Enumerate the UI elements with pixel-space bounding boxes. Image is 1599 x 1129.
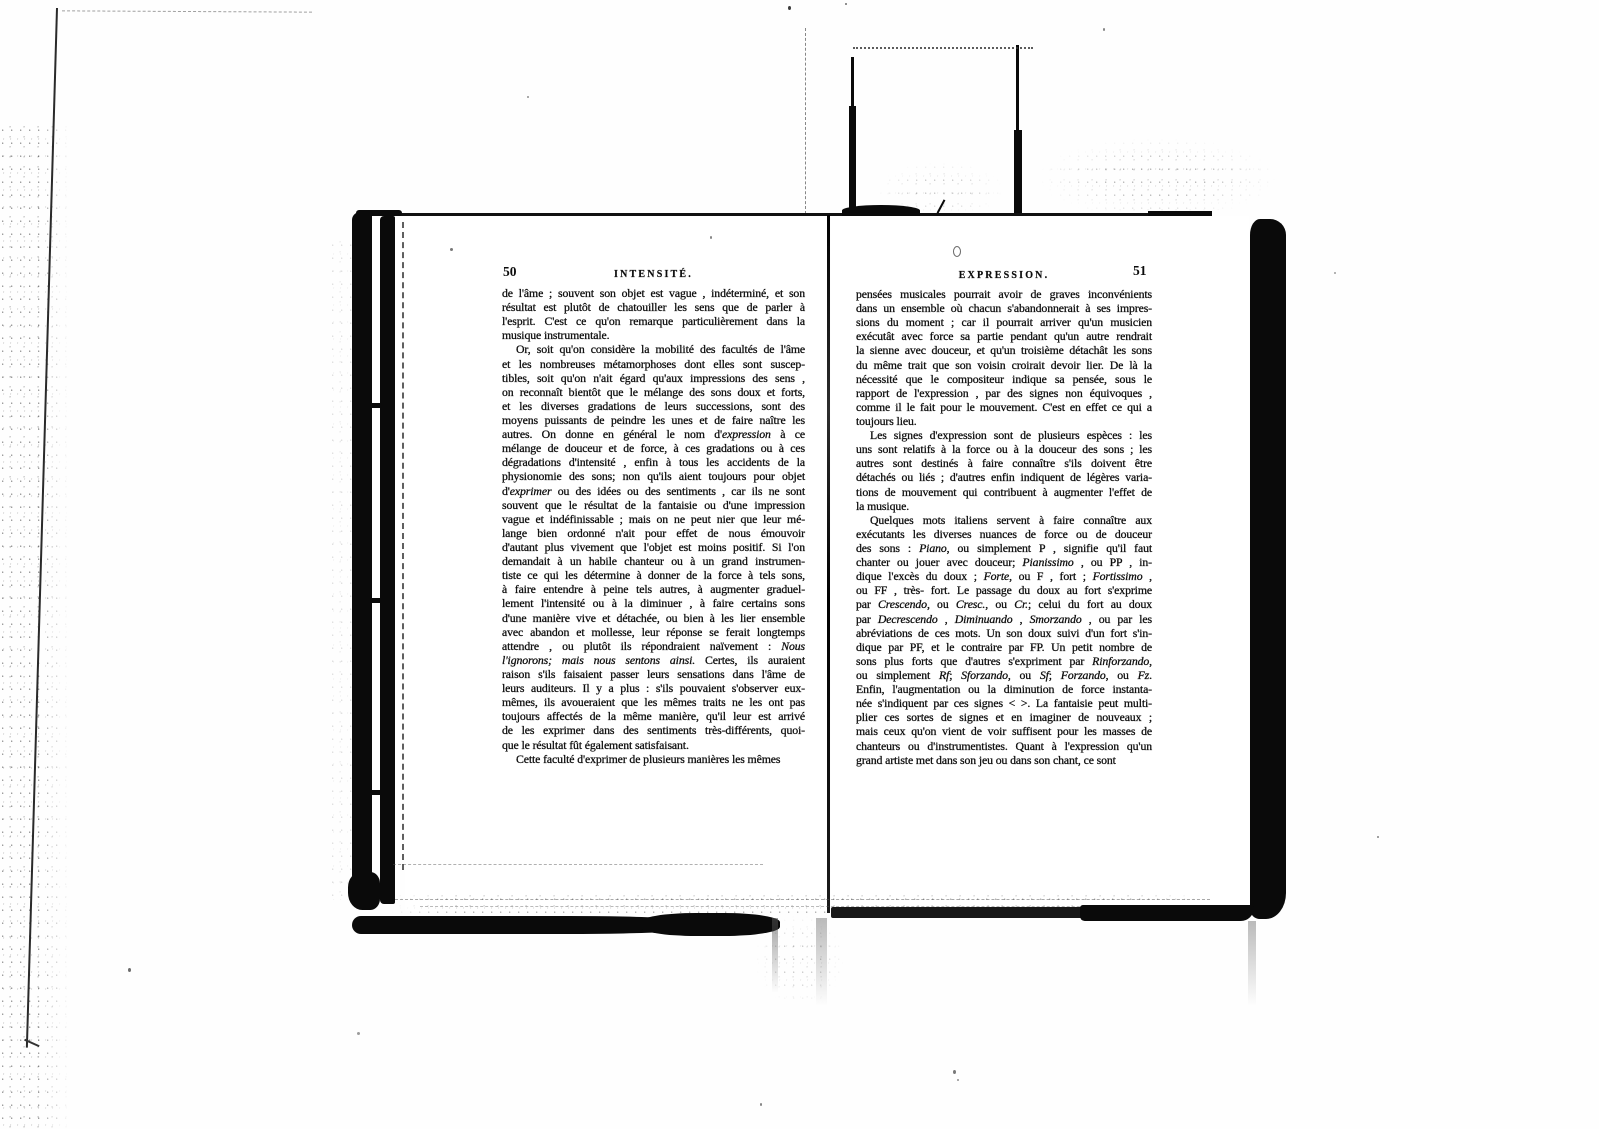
body-text: ,	[1143, 569, 1153, 583]
italic-text: Sforzando	[961, 668, 1008, 682]
body-text: l'esprit. C'est ce qu'on remarque partic…	[502, 314, 805, 328]
text-line: et les diverses gradations de leurs succ…	[502, 399, 805, 413]
text-line: de l'âme ; souvent son objet est vague ,…	[502, 286, 805, 300]
scan-speck	[710, 236, 712, 239]
text-line: attendre , ou plutôt ils répondraient na…	[502, 639, 805, 653]
text-line: des sons : Piano, ou simplement P , sign…	[856, 541, 1152, 555]
italic-text: Forte	[984, 569, 1010, 583]
text-line: dique l'excès du doux ; Forte, ou F , fo…	[856, 569, 1152, 583]
text-line: moyens puissants de peindre les unes et …	[502, 413, 805, 427]
italic-text: Crescendo	[878, 597, 927, 611]
bottom-right-dark-bar-thick	[1080, 905, 1254, 921]
body-text: raison s'ils faisaient passer leurs sens…	[502, 667, 805, 681]
page-number-right: 51	[1133, 263, 1147, 279]
text-line: Quelques mots italiens servent à faire c…	[856, 513, 1152, 527]
scan-speck	[527, 96, 529, 98]
left-cover-bottom-blob	[348, 872, 380, 910]
left-cover-bar-inner	[380, 216, 395, 904]
right-cover-bar	[1250, 219, 1286, 919]
bottom-hairline-1	[395, 899, 1210, 900]
body-text: tiste ce qui les détermine à donner de l…	[502, 568, 805, 582]
left-cover-hairline	[402, 222, 404, 870]
text-line: physionomie des sons; non qu'ils aient t…	[502, 469, 805, 483]
text-line: mêmes, ils avoueraient que les mêmes tra…	[502, 695, 805, 709]
body-text: , ou simplement P , signifie qu'il faut	[947, 541, 1152, 555]
text-line: chanteurs ou d'instrumentistes. Quant à …	[856, 739, 1152, 753]
body-text: vague et indéfinissable ; mais on ne peu…	[502, 512, 805, 526]
italic-text: Fz	[1138, 668, 1150, 682]
body-text: abréviations de ces mots. Un son doux su…	[856, 626, 1152, 640]
scan-speck	[128, 968, 131, 972]
body-text: née s'indiquent par ces signes < >. La f…	[856, 696, 1152, 710]
text-line: par Crescendo, ou Cresc., ou Cr.; celui …	[856, 597, 1152, 611]
text-line: grand artiste met dans son jeu ou dans s…	[856, 753, 1152, 767]
italic-text: l'ignorons; mais nous sentons ainsi.	[502, 653, 695, 667]
italic-text: Nous	[781, 639, 805, 653]
italic-text: Pianissimo	[1022, 555, 1073, 569]
body-text: ,	[1013, 612, 1030, 626]
text-line: exécutants les diverses nuances de force…	[856, 527, 1152, 541]
scan-speck	[450, 248, 453, 251]
scan-speck	[845, 3, 847, 5]
body-text: .	[1149, 668, 1152, 682]
body-text: lement l'intensité ou à la diminuer , à …	[502, 596, 805, 610]
text-line: dique par PF, et le contraire par FP. Un…	[856, 640, 1152, 654]
text-line: née s'indiquent par ces signes < >. La f…	[856, 696, 1152, 710]
body-text: pensées musicales pourrait avoir de grav…	[856, 287, 1152, 301]
italic-text: Piano	[919, 541, 947, 555]
body-text: que le résultat fût également satisfaisa…	[502, 738, 689, 752]
body-text: ;	[1049, 668, 1061, 682]
page-left: 50 INTENSITÉ. de l'âme ; souvent son obj…	[405, 216, 827, 911]
body-text: dique par PF, et le contraire par FP. Un…	[856, 640, 1152, 654]
body-text: dique l'excès du doux ;	[856, 569, 984, 583]
text-line: vague et indéfinissable ; mais on ne peu…	[502, 512, 805, 526]
text-line: plier ces sortes de signes et en imagine…	[856, 710, 1152, 724]
body-text: résultat est plutôt de chatouiller les s…	[502, 300, 805, 314]
running-title-left: INTENSITÉ.	[502, 269, 805, 280]
text-line: sions du moment ; car il pourrait arrive…	[856, 315, 1152, 329]
text-line: sons plus forts que d'autres s'expriment…	[856, 654, 1152, 668]
body-text: des sons :	[856, 541, 919, 555]
body-text: comme il le fait pour le mouvement. C'es…	[856, 400, 1152, 414]
left-cover-bar-outer	[352, 212, 372, 908]
text-line: par Decrescendo , Diminuando , Smorzando…	[856, 612, 1152, 626]
body-text: musique instrumentale.	[502, 328, 609, 342]
body-text: d'une manière vive et détachée, ou bien …	[502, 611, 805, 625]
body-text: nécessité que le compositeur indique sa …	[856, 372, 1152, 386]
body-text: Or, soit qu'on considère la mobilité des…	[516, 342, 805, 356]
italic-text: expression	[722, 427, 771, 441]
body-text: du même trait que son voisin croirait de…	[856, 358, 1152, 372]
page-left-text: de l'âme ; souvent son objet est vague ,…	[502, 286, 805, 768]
italic-text: Forzando	[1061, 668, 1106, 682]
text-line: uns sont relatifs à la force ou à la dou…	[856, 442, 1152, 456]
text-line: mélange de douceur et de force, à ces gr…	[502, 441, 805, 455]
page-left-bottom-showthrough	[393, 864, 763, 865]
text-line: nécessité que le compositeur indique sa …	[856, 372, 1152, 386]
body-text: attendre , ou plutôt ils répondraient na…	[502, 639, 781, 653]
page-right-text: pensées musicales pourrait avoir de grav…	[856, 287, 1152, 769]
body-text: uns sont relatifs à la force ou à la dou…	[856, 442, 1152, 456]
text-line: chanter ou jouer avec douceur; Pianissim…	[856, 555, 1152, 569]
scan-speck	[357, 1032, 360, 1035]
italic-text: Rf	[939, 668, 949, 682]
text-line: l'ignorons; mais nous sentons ainsi. Cer…	[502, 653, 805, 667]
body-text: d'	[502, 484, 510, 498]
below-spine-speckle	[755, 915, 845, 1005]
body-text: autres. On donne en général le nom d'	[502, 427, 722, 441]
scan-speck	[788, 6, 791, 10]
body-text: plier ces sortes de signes et en imagine…	[856, 710, 1152, 724]
body-text: exécutants les diverses nuances de force…	[856, 527, 1152, 541]
body-text: la sienne avec douceur, et qu'un troisiè…	[856, 343, 1152, 357]
text-line: tibles, soit qu'on n'ait égard qu'aux im…	[502, 371, 805, 385]
italic-text: Rinforzando	[1092, 654, 1149, 668]
body-text: de les exprimer dans des sentiments très…	[502, 723, 805, 737]
scan-mark-parenthesis	[953, 246, 961, 257]
text-line: dans un ensemble où chacun s'abandonnera…	[856, 301, 1152, 315]
body-text: tibles, soit qu'on n'ait égard qu'aux im…	[502, 371, 805, 385]
text-line: d'autant plus vivement que l'objet est m…	[502, 540, 805, 554]
body-text: , ou	[1008, 668, 1040, 682]
text-line: Or, soit qu'on considère la mobilité des…	[502, 342, 805, 356]
body-text: chanter ou jouer avec douceur;	[856, 555, 1022, 569]
body-text: de l'âme ; souvent son objet est vague ,…	[502, 286, 805, 300]
text-line: détachés ou liés ; d'autres enfin indiqu…	[856, 470, 1152, 484]
body-text: ,	[1149, 654, 1152, 668]
text-line: leurs auditeurs. Il y a plus : s'ils pou…	[502, 681, 805, 695]
text-line: ou simplement Rf; Sforzando, ou Sf; Forz…	[856, 668, 1152, 682]
text-line: dégradations d'intensité , enfin à tous …	[502, 455, 805, 469]
text-line: exécutât avec force sa partie pendant qu…	[856, 329, 1152, 343]
text-line: rapport de l'expression , par des signes…	[856, 386, 1152, 400]
scan-canvas: 50 INTENSITÉ. de l'âme ; souvent son obj…	[0, 0, 1599, 1129]
body-text: d'autant plus vivement que l'objet est m…	[502, 540, 805, 554]
text-line: comme il le fait pour le mouvement. C'es…	[856, 400, 1152, 414]
body-text: physionomie des sons; non qu'ils aient t…	[502, 469, 805, 483]
text-line: on reconnaît bientôt que le mélange des …	[502, 385, 805, 399]
left-cover-tick-2	[370, 598, 382, 603]
text-line: toujours affectés de la même manière, qu…	[502, 709, 805, 723]
body-text: toujours lieu.	[856, 414, 917, 428]
body-text: autres sont destinés à faire connaître s…	[856, 456, 1152, 470]
body-text: ; celui du fort au doux	[1028, 597, 1152, 611]
body-text: exécutât avec force sa partie pendant qu…	[856, 329, 1152, 343]
text-line: avec abandon et mollesse, leur réponse s…	[502, 625, 805, 639]
text-line: et les nombreuses métamorphoses dont ell…	[502, 357, 805, 371]
body-text: à faire entendre à peine tels autres, à …	[502, 582, 805, 596]
text-line: la musique.	[856, 499, 1152, 513]
body-text: rapport de l'expression , par des signes…	[856, 386, 1152, 400]
text-line: résultat est plutôt de chatouiller les s…	[502, 300, 805, 314]
body-text: , ou par les	[1082, 612, 1152, 626]
body-text: , ou	[985, 597, 1014, 611]
italic-text: Sf	[1040, 668, 1049, 682]
body-text: la musique.	[856, 499, 909, 513]
body-text: sons plus forts que d'autres s'expriment…	[856, 654, 1092, 668]
body-text: demandait à un habile chanteur ou à un g…	[502, 554, 805, 568]
body-text: ou FF , très- fort. Le passage du doux a…	[856, 583, 1152, 597]
text-line: à faire entendre à peine tels autres, à …	[502, 582, 805, 596]
body-text: leurs auditeurs. Il y a plus : s'ils pou…	[502, 681, 805, 695]
body-text: avec abandon et mollesse, leur réponse s…	[502, 625, 805, 639]
body-text: dégradations d'intensité , enfin à tous …	[502, 455, 805, 469]
scan-speck	[1103, 28, 1105, 31]
text-line: Les signes d'expression sont de plusieur…	[856, 428, 1152, 442]
body-text: Certes, ils auraient	[695, 653, 805, 667]
left-cover-tick-3	[370, 790, 382, 795]
text-line: la sienne avec douceur, et qu'un troisiè…	[856, 343, 1152, 357]
body-text: et les nombreuses métamorphoses dont ell…	[502, 357, 805, 371]
text-line: tions de mouvement qui contribuent à aug…	[856, 485, 1152, 499]
body-text: à ce	[771, 427, 805, 441]
text-line: raison s'ils faisaient passer leurs sens…	[502, 667, 805, 681]
text-line: lement l'intensité ou à la diminuer , à …	[502, 596, 805, 610]
scan-speck	[957, 1079, 959, 1081]
left-cover-tick-1	[370, 403, 382, 408]
body-text: lange bien ordonné n'ait pour effet de n…	[502, 526, 805, 540]
body-text: on reconnaît bientôt que le mélange des …	[502, 385, 805, 399]
body-text: Enfin, l'augmentation ou la diminution d…	[856, 682, 1152, 696]
text-line: de les exprimer dans des sentiments très…	[502, 723, 805, 737]
body-text: mélange de douceur et de force, à ces gr…	[502, 441, 805, 455]
body-text: souvent que le résultat de la fantaisie …	[502, 498, 805, 512]
text-line: que le résultat fût également satisfaisa…	[502, 738, 805, 752]
body-text: Quelques mots italiens servent à faire c…	[870, 513, 1152, 527]
text-line: tiste ce qui les détermine à donner de l…	[502, 568, 805, 582]
body-text: dans un ensemble où chacun s'abandonnera…	[856, 301, 1152, 315]
body-text: grand artiste met dans son jeu ou dans s…	[856, 753, 1116, 767]
text-line: ou FF , très- fort. Le passage du doux a…	[856, 583, 1152, 597]
text-line: du même trait que son voisin croirait de…	[856, 358, 1152, 372]
body-text: par	[856, 612, 878, 626]
body-text: ,	[938, 612, 955, 626]
text-line: d'exprimer ou des idées ou des sentiment…	[502, 484, 805, 498]
body-text: mais ceux qu'on vient de voir suffisent …	[856, 724, 1152, 738]
book-top-edge-tick	[937, 199, 946, 213]
body-text: , ou PP , in-	[1074, 555, 1152, 569]
text-line: souvent que le résultat de la fantaisie …	[502, 498, 805, 512]
body-text: , ou F , fort ;	[1009, 569, 1092, 583]
body-text: Cette faculté d'exprimer de plusieurs ma…	[516, 752, 780, 766]
italic-text: Decrescendo	[878, 612, 938, 626]
text-line: abréviations de ces mots. Un son doux su…	[856, 626, 1152, 640]
text-line: lange bien ordonné n'ait pour effet de n…	[502, 526, 805, 540]
body-text: chanteurs ou d'instrumentistes. Quant à …	[856, 739, 1152, 753]
scan-speck	[953, 1070, 956, 1074]
body-text: et les diverses gradations de leurs succ…	[502, 399, 805, 413]
text-line: musique instrumentale.	[502, 328, 805, 342]
book-spread: 50 INTENSITÉ. de l'âme ; souvent son obj…	[0, 0, 1599, 1129]
running-title-right: EXPRESSION.	[856, 270, 1152, 281]
text-line: autres. On donne en général le nom d'exp…	[502, 427, 805, 441]
text-line: toujours lieu.	[856, 414, 1152, 428]
text-line: demandait à un habile chanteur ou à un g…	[502, 554, 805, 568]
body-text: sions du moment ; car il pourrait arrive…	[856, 315, 1152, 329]
body-text: par	[856, 597, 878, 611]
body-text: détachés ou liés ; d'autres enfin indiqu…	[856, 470, 1152, 484]
scan-speck	[760, 1103, 762, 1106]
body-text: Les signes d'expression sont de plusieur…	[870, 428, 1152, 442]
text-line: mais ceux qu'on vient de voir suffisent …	[856, 724, 1152, 738]
text-line: Enfin, l'augmentation ou la diminution d…	[856, 682, 1152, 696]
scan-speck	[1334, 272, 1336, 274]
body-text: ou des idées ou des sentiments , car ils…	[551, 484, 805, 498]
text-line: d'une manière vive et détachée, ou bien …	[502, 611, 805, 625]
italic-text: Smorzando	[1030, 612, 1082, 626]
book-spine-line	[827, 215, 830, 913]
italic-text: Fortissimo	[1093, 569, 1143, 583]
scan-speck	[1377, 836, 1379, 838]
body-text: moyens puissants de peindre les unes et …	[502, 413, 805, 427]
italic-text: exprimer	[510, 484, 552, 498]
text-line: autres sont destinés à faire connaître s…	[856, 456, 1152, 470]
body-text: ;	[949, 668, 961, 682]
below-right-bar-smudge	[1248, 921, 1256, 1006]
body-text: ou simplement	[856, 668, 939, 682]
book-top-edge-spine-bump	[842, 205, 920, 216]
body-text: tions de mouvement qui contribuent à aug…	[856, 485, 1152, 499]
text-line: l'esprit. C'est ce qu'on remarque partic…	[502, 314, 805, 328]
body-text: , ou	[927, 597, 956, 611]
italic-text: Diminuando	[955, 612, 1013, 626]
italic-text: Cresc.	[956, 597, 985, 611]
italic-text: Cr.	[1014, 597, 1028, 611]
text-line: pensées musicales pourrait avoir de grav…	[856, 287, 1152, 301]
body-text: mêmes, ils avoueraient que les mêmes tra…	[502, 695, 805, 709]
page-right: EXPRESSION. 51 pensées musicales pourrai…	[831, 216, 1249, 908]
text-line: Cette faculté d'exprimer de plusieurs ma…	[502, 752, 805, 766]
body-text: toujours affectés de la même manière, qu…	[502, 709, 805, 723]
body-text: , ou	[1106, 668, 1138, 682]
